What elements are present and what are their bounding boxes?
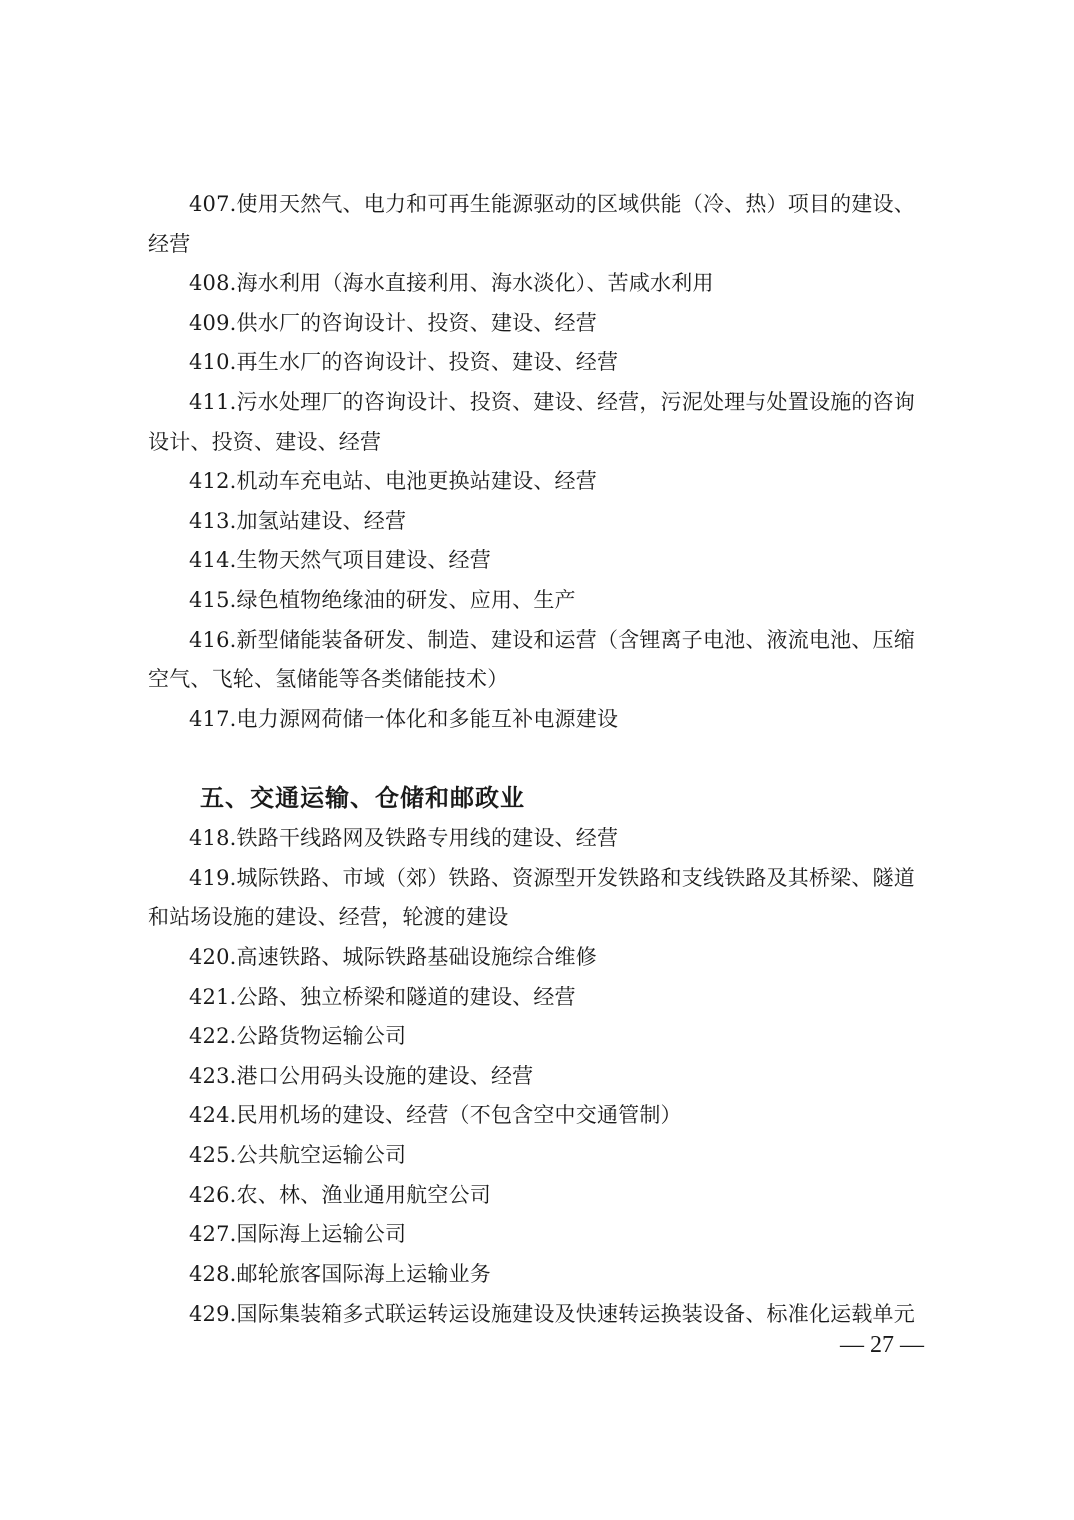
list-item-422: 422.公路货物运输公司 (189, 1022, 406, 1050)
list-item-426: 426.农、林、渔业通用航空公司 (189, 1181, 491, 1209)
list-item-416-cont: 空气、飞轮、氢储能等各类储能技术） (148, 665, 508, 693)
list-item-415: 415.绿色植物绝缘油的研发、应用、生产 (189, 586, 576, 614)
list-item-425: 425.公共航空运输公司 (189, 1141, 406, 1169)
list-item-428: 428.邮轮旅客国际海上运输业务 (189, 1260, 491, 1288)
list-item-407: 407.使用天然气、电力和可再生能源驱动的区域供能（冷、热）项目的建设、 (189, 190, 915, 218)
list-item-418: 418.铁路干线路网及铁路专用线的建设、经营 (189, 824, 618, 852)
list-item-423: 423.港口公用码头设施的建设、经营 (189, 1062, 533, 1090)
list-item-407-cont: 经营 (148, 230, 190, 258)
document-page: 407.使用天然气、电力和可再生能源驱动的区域供能（冷、热）项目的建设、 经营 … (0, 0, 1074, 1520)
list-item-411: 411.污水处理厂的咨询设计、投资、建设、经营，污泥处理与处置设施的咨询 (189, 388, 915, 416)
list-item-424: 424.民用机场的建设、经营（不包含空中交通管制） (189, 1101, 682, 1129)
list-item-413: 413.加氢站建设、经营 (189, 507, 406, 535)
list-item-427: 427.国际海上运输公司 (189, 1220, 406, 1248)
list-item-410: 410.再生水厂的咨询设计、投资、建设、经营 (189, 348, 618, 376)
page-number: — 27 — (840, 1330, 924, 1360)
list-item-429: 429.国际集装箱多式联运转运设施建设及快速转运换装设备、标准化运载单元 (189, 1300, 915, 1328)
list-item-408: 408.海水利用（海水直接利用、海水淡化）、苦咸水利用 (189, 269, 714, 297)
list-item-411-cont: 设计、投资、建设、经营 (148, 428, 381, 456)
list-item-419-cont: 和站场设施的建设、经营，轮渡的建设 (148, 903, 508, 931)
list-item-412: 412.机动车充电站、电池更换站建设、经营 (189, 467, 597, 495)
list-item-420: 420.高速铁路、城际铁路基础设施综合维修 (189, 943, 597, 971)
section-heading: 五、交通运输、仓储和邮政业 (200, 783, 525, 813)
list-item-414: 414.生物天然气项目建设、经营 (189, 546, 491, 574)
list-item-421: 421.公路、独立桥梁和隧道的建设、经营 (189, 983, 576, 1011)
list-item-409: 409.供水厂的咨询设计、投资、建设、经营 (189, 309, 597, 337)
list-item-417: 417.电力源网荷储一体化和多能互补电源建设 (189, 705, 618, 733)
list-item-416: 416.新型储能装备研发、制造、建设和运营（含锂离子电池、液流电池、压缩 (189, 626, 915, 654)
list-item-419: 419.城际铁路、市域（郊）铁路、资源型开发铁路和支线铁路及其桥梁、隧道 (189, 864, 915, 892)
